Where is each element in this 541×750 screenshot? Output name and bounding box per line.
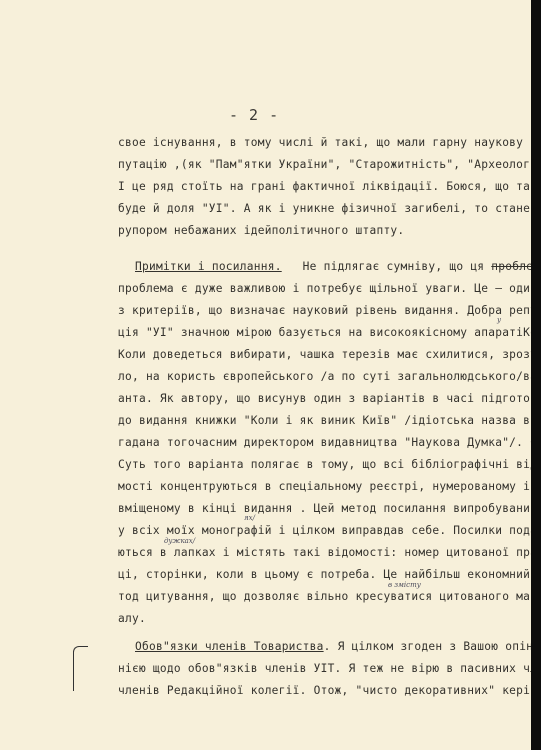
scan-edge [531, 0, 541, 750]
text-line: вміщеному в кінці видання . Цей метод по… [118, 502, 537, 516]
text-line: ція "УІ" значною мірою базується на висо… [118, 326, 541, 340]
text-line: рупором небажаних ідейполітичного штапту… [118, 224, 404, 238]
notes-line-rest: Не підлягає сумніву, що ця проблем [289, 260, 540, 273]
text-line: буде й доля "УІ". А як і уникне фізичної… [118, 202, 530, 216]
text-line: тод цитування, що дозволяє вільно кресув… [118, 590, 541, 604]
text-line: ються в лапках і містять такі відомості:… [118, 546, 541, 560]
handwritten-note: в змісту [388, 581, 421, 589]
text-line: І це ряд стоїть на грані фактичної лікві… [118, 180, 541, 194]
notes-paragraph-first-line: Примітки і посилання. Не підлягає сумнів… [135, 260, 540, 274]
section-heading-duties: Обов"язки членів Товариства [135, 640, 324, 653]
handwritten-note: ях/ [244, 514, 255, 522]
duties-paragraph-first-line: Обов"язки членів Товариства. Я цілком зг… [135, 640, 540, 654]
text-line: проблема є дуже важливою і потребує щіль… [118, 282, 537, 296]
section-heading-notes: Примітки і посилання. [135, 260, 282, 273]
text-line: з критеріїв, що визначає науковий рівень… [118, 304, 541, 318]
text-line: анта. Як автору, що висунув один з варіа… [118, 392, 541, 406]
text-line: ці, сторінки, коли в цьому є потреба. Це… [118, 568, 541, 582]
margin-bracket-mark [73, 646, 88, 691]
handwritten-note: дужках/ [164, 537, 195, 545]
text-line: членів Редакційної колегії. Отож, "чисто… [118, 684, 541, 698]
text-line: ло, на користь європейського /а по суті … [118, 370, 541, 384]
text-line: путацію ,(як "Пам"ятки України", "Старож… [118, 158, 541, 172]
text-line: алу. [118, 612, 146, 626]
document-page: - 2 - свое існування, в тому числі й так… [0, 0, 531, 750]
text-line: до видання книжки "Коли і як виник Київ"… [118, 414, 541, 428]
text-line: гадана тогочасним директором видавництва… [118, 436, 541, 450]
text-line: нією щодо обов"язків членів УІТ. Я теж н… [118, 662, 541, 676]
duties-line-rest: . Я цілком згоден з Вашою опіні [324, 640, 541, 653]
text-line: свое існування, в тому числі й такі, що … [118, 136, 541, 150]
text-line: Суть того варіанта полягає в тому, що вс… [118, 458, 541, 472]
text-line: мості концентруються в спеціальному реєс… [118, 480, 530, 494]
handwritten-note: у [497, 316, 501, 324]
text-line: Коли доведеться вибирати, чашка терезів … [118, 348, 541, 362]
text-line: у всіх моїх монографій і цілком виправда… [118, 524, 541, 538]
page-number: - 2 - [229, 106, 279, 124]
